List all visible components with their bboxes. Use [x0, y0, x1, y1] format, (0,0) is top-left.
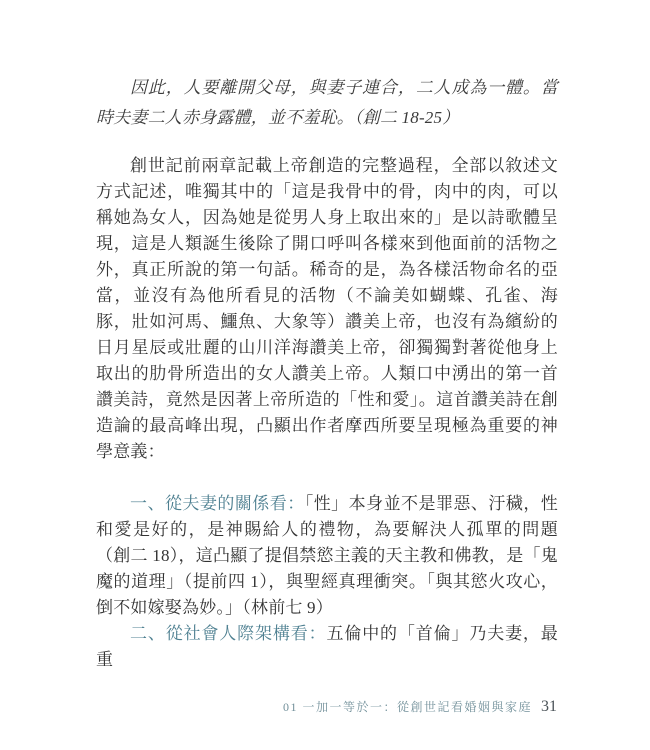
- footer-chapter-title: 01 一加一等於一：從創世記看婚姻與家庭: [283, 698, 532, 715]
- page-content: 因此，人要離開父母，與妻子連合，二人成為一體。當時夫妻二人赤身露體，並不羞恥。（…: [96, 73, 558, 673]
- section-1-heading: 一、從夫妻的關係看：: [130, 494, 305, 513]
- scripture-quote: 因此，人要離開父母，與妻子連合，二人成為一體。當時夫妻二人赤身露體，並不羞恥。（…: [96, 73, 558, 133]
- book-page: 因此，人要離開父母，與妻子連合，二人成為一體。當時夫妻二人赤身露體，並不羞恥。（…: [0, 0, 650, 750]
- page-footer: 01 一加一等於一：從創世記看婚姻與家庭 31: [283, 698, 557, 716]
- body-paragraph: 創世記前兩章記載上帝創造的完整過程，全部以敘述文方式記述，唯獨其中的「這是我骨中…: [96, 153, 558, 465]
- footer-page-number: 31: [541, 698, 557, 716]
- section-2-heading: 二、從社會人際架構看：: [130, 624, 326, 643]
- section-paragraph-1: 一、從夫妻的關係看：「性」本身並不是罪惡、汙穢，性和愛是好的，是神賜給人的禮物，…: [96, 491, 558, 621]
- section-paragraph-2: 二、從社會人際架構看：五倫中的「首倫」乃夫妻，最重: [96, 621, 558, 673]
